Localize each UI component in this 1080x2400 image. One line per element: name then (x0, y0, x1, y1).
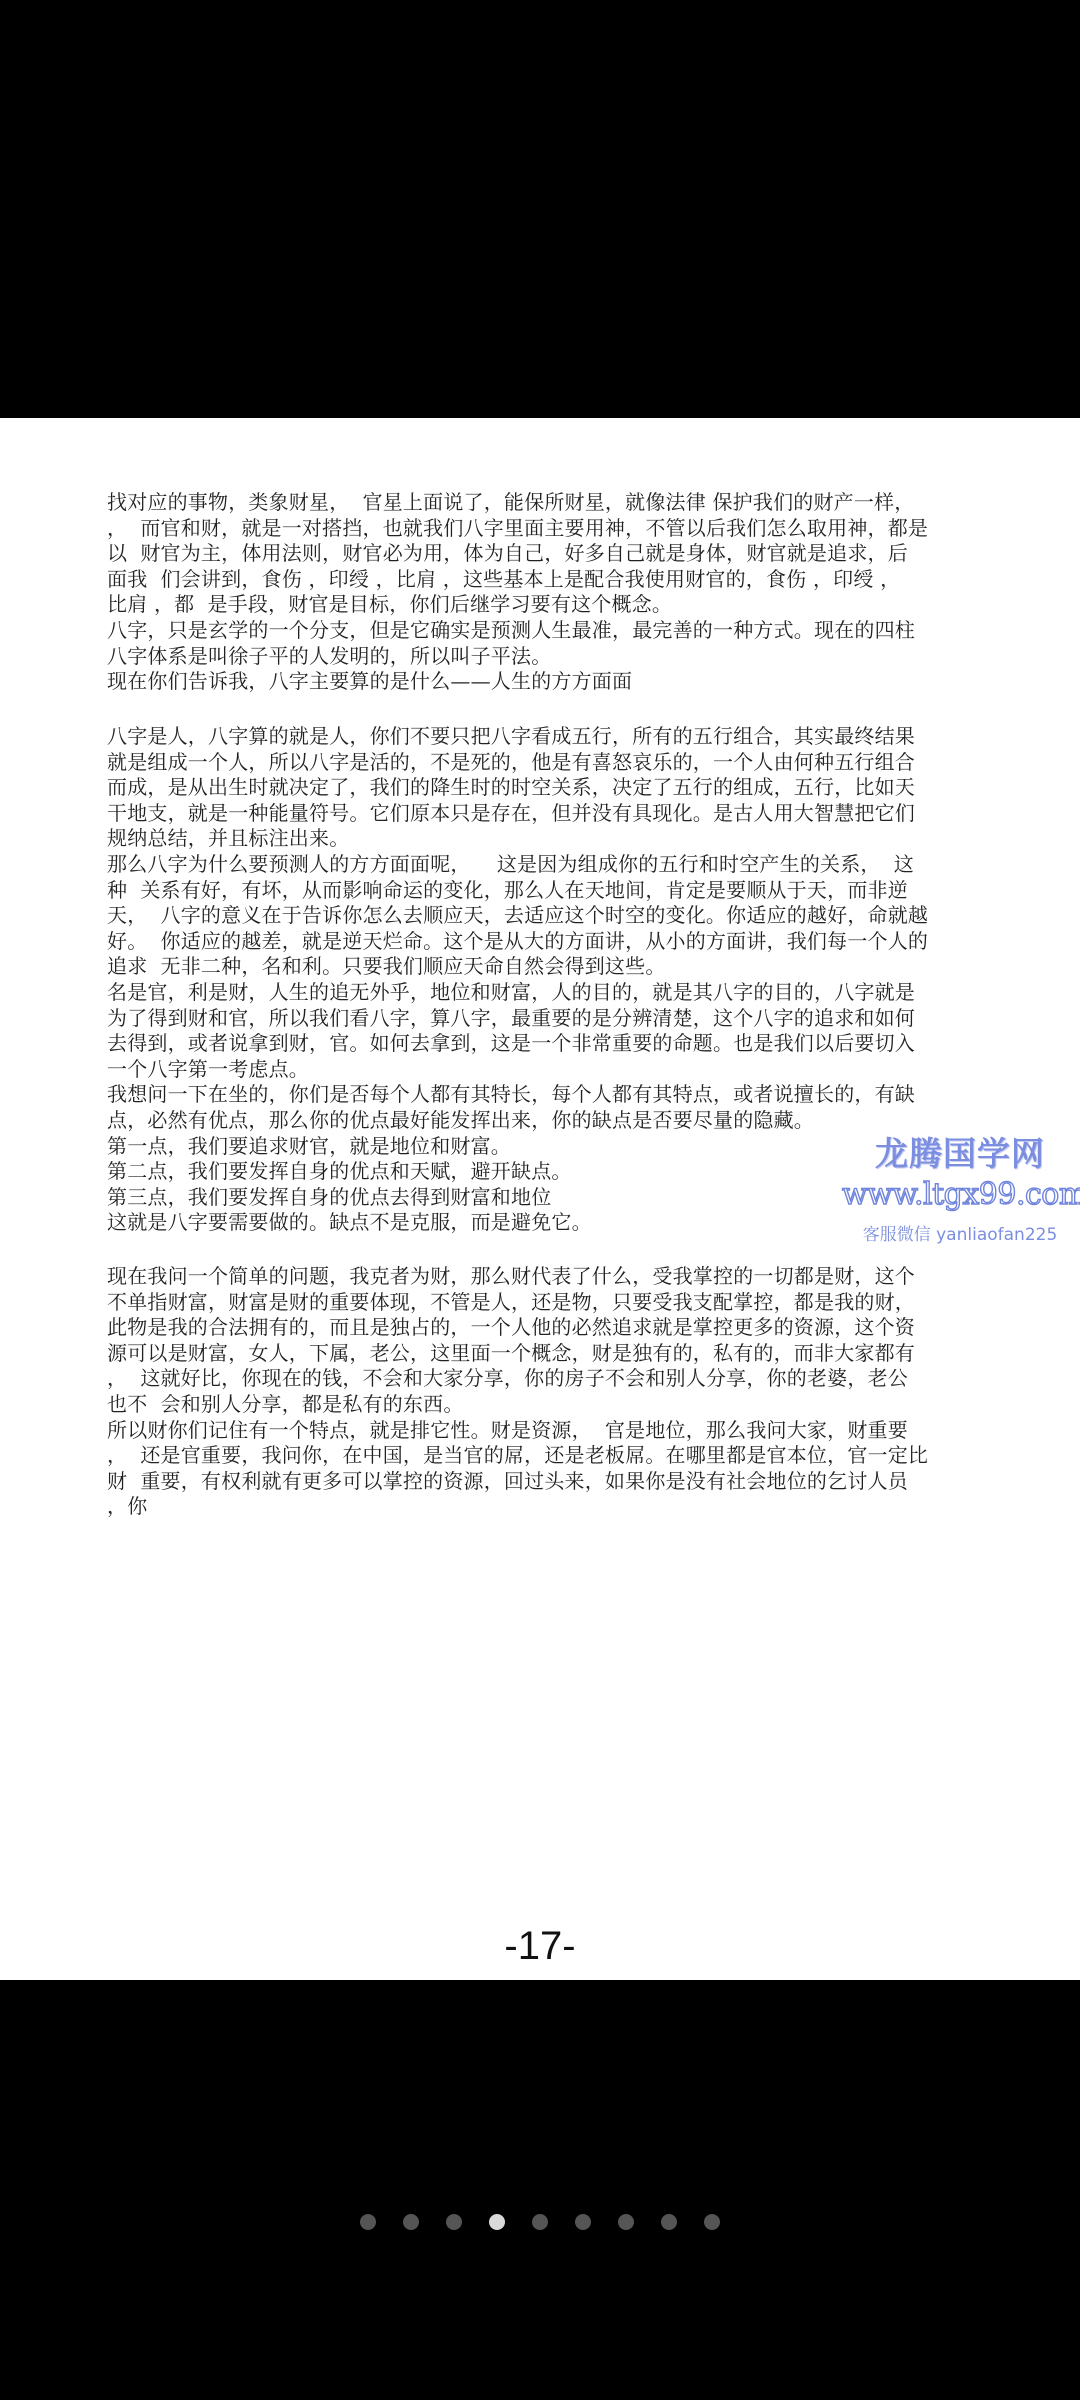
text-line: 第一点，我们要追求财官，就是地位和财富。 (107, 1134, 927, 1160)
text-line: 八字体系是叫徐子平的人发明的，所以叫子平法。 (107, 644, 927, 670)
text-line: 我想问一下在坐的，你们是否每个人都有其特长，每个人都有其特点，或者说擅长的，有缺 (107, 1082, 927, 1108)
pagination-dot[interactable] (532, 2214, 548, 2230)
watermark-contact: 客服微信 yanliaofan225 (842, 1220, 1078, 1245)
text-line: 以 财官为主，体用法则，财官必为用，体为自己，好多自己就是身体，财官就是追求，后 (107, 541, 927, 567)
text-line: 第二点，我们要发挥自身的优点和天赋，避开缺点。 (107, 1159, 927, 1185)
text-line: 现在你们告诉我，八字主要算的是什么——人生的方方面面 (107, 669, 927, 695)
text-line: 点，必然有优点，那么你的优点最好能发挥出来，你的缺点是否要尽量的隐藏。 (107, 1108, 927, 1134)
text-line: 第三点，我们要发挥自身的优点去得到财富和地位 (107, 1185, 927, 1211)
pagination-dot[interactable] (704, 2214, 720, 2230)
watermark-url: www.ltgx99.com (842, 1177, 1078, 1212)
text-line: 追求 无非二种，名和利。只要我们顺应天命自然会得到这些。 (107, 954, 927, 980)
text-line: 干地支，就是一种能量符号。它们原本只是存在，但并没有具现化。是古人用大智慧把它们 (107, 801, 927, 827)
text-line: 八字是人，八字算的就是人，你们不要只把八字看成五行，所有的五行组合，其实最终结果 (107, 724, 927, 750)
pagination-dot[interactable] (403, 2214, 419, 2230)
pagination-dot[interactable] (446, 2214, 462, 2230)
text-line: ， 这就好比，你现在的钱，不会和大家分享，你的房子不会和别人分享，你的老婆，老公 (107, 1366, 927, 1392)
text-line: 源可以是财富，女人，下属，老公，这里面一个概念，财是独有的，私有的，而非大家都有 (107, 1341, 927, 1367)
text-line: 就是组成一个人，所以八字是活的，不是死的，他是有喜怒哀乐的，一个人由何种五行组合 (107, 750, 927, 776)
page-number: -17- (0, 1924, 1080, 1969)
text-line: 去得到，或者说拿到财，官。如何去拿到，这是一个非常重要的命题。也是我们以后要切入 (107, 1031, 927, 1057)
text-line: ， 还是官重要，我问你，在中国，是当官的屌，还是老板屌。在哪里都是官本位，官一定… (107, 1443, 927, 1469)
text-line: 好。 你适应的越差，就是逆天烂命。这个是从大的方面讲，从小的方面讲，我们每一个人… (107, 929, 927, 955)
pagination-dot-active[interactable] (489, 2214, 505, 2230)
text-line: 财 重要，有权利就有更多可以掌控的资源，回过头来，如果你是没有社会地位的乞讨人员 (107, 1469, 927, 1495)
text-line: ，你 (107, 1494, 927, 1520)
text-line: ， 而官和财，就是一对搭挡，也就我们八字里面主要用神，不管以后我们怎么取用神，都… (107, 516, 927, 542)
text-line: 不单指财富，财富是财的重要体现，不管是人，还是物，只要受我支配掌控，都是我的财， (107, 1290, 927, 1316)
text-line: 面我 们会讲到，食伤 ，印绶 ，比肩 ，这些基本上是配合我使用财官的，食伤 ，印… (107, 567, 927, 593)
text-line: 一个八字第一考虑点。 (107, 1057, 927, 1083)
text-line: 也不 会和别人分享，都是私有的东西。 (107, 1392, 927, 1418)
text-line: 为了得到财和官，所以我们看八字，算八字，最重要的是分辨清楚，这个八字的追求和如何 (107, 1006, 927, 1032)
text-line: 现在我问一个简单的问题，我克者为财，那么财代表了什么，受我掌控的一切都是财，这个 (107, 1264, 927, 1290)
text-line: 所以财你们记住有一个特点，就是排它性。财是资源， 官是地位，那么我问大家，财重要 (107, 1418, 927, 1444)
text-line: 此物是我的合法拥有的，而且是独占的，一个人他的必然追求就是掌控更多的资源，这个资 (107, 1315, 927, 1341)
pagination-dot[interactable] (360, 2214, 376, 2230)
text-line: 而成，是从出生时就决定了，我们的降生时的时空关系，决定了五行的组成，五行，比如天 (107, 775, 927, 801)
watermark: 龙腾国学网 www.ltgx99.com 客服微信 yanliaofan225 (842, 1128, 1078, 1245)
pagination-dot[interactable] (575, 2214, 591, 2230)
text-line: 种 关系有好，有坏，从而影响命运的变化，那么人在天地间，肯定是要顺从于天，而非逆 (107, 878, 927, 904)
watermark-title: 龙腾国学网 (842, 1128, 1078, 1175)
text-line: 名是官，利是财，人生的追无外乎，地位和财富，人的目的，就是其八字的目的，八字就是 (107, 980, 927, 1006)
pagination-dot[interactable] (661, 2214, 677, 2230)
text-block-3: 现在我问一个简单的问题，我克者为财，那么财代表了什么，受我掌控的一切都是财，这个… (107, 1264, 927, 1520)
text-line: 规纳总结，并且标注出来。 (107, 826, 927, 852)
text-line: 那么八字为什么要预测人的方方面面呢， 这是因为组成你的五行和时空产生的关系， 这 (107, 852, 927, 878)
text-line: 比肩 ，都 是手段，财官是目标，你们后继学习要有这个概念。 (107, 592, 927, 618)
text-block-1: 找对应的事物，类象财星， 官星上面说了，能保所财星，就像法律 保护我们的财产一样… (107, 490, 927, 695)
text-block-2: 八字是人，八字算的就是人，你们不要只把八字看成五行，所有的五行组合，其实最终结果… (107, 724, 927, 1236)
text-line: 八字，只是玄学的一个分支，但是它确实是预测人生最准，最完善的一种方式。现在的四柱 (107, 618, 927, 644)
text-line: 这就是八字要需要做的。缺点不是克服，而是避免它。 (107, 1210, 927, 1236)
text-line: 天， 八字的意义在于告诉你怎么去顺应天，去适应这个时空的变化。你适应的越好，命就… (107, 903, 927, 929)
pagination-dot[interactable] (618, 2214, 634, 2230)
text-line: 找对应的事物，类象财星， 官星上面说了，能保所财星，就像法律 保护我们的财产一样… (107, 490, 927, 516)
pagination-dots (360, 2214, 720, 2230)
